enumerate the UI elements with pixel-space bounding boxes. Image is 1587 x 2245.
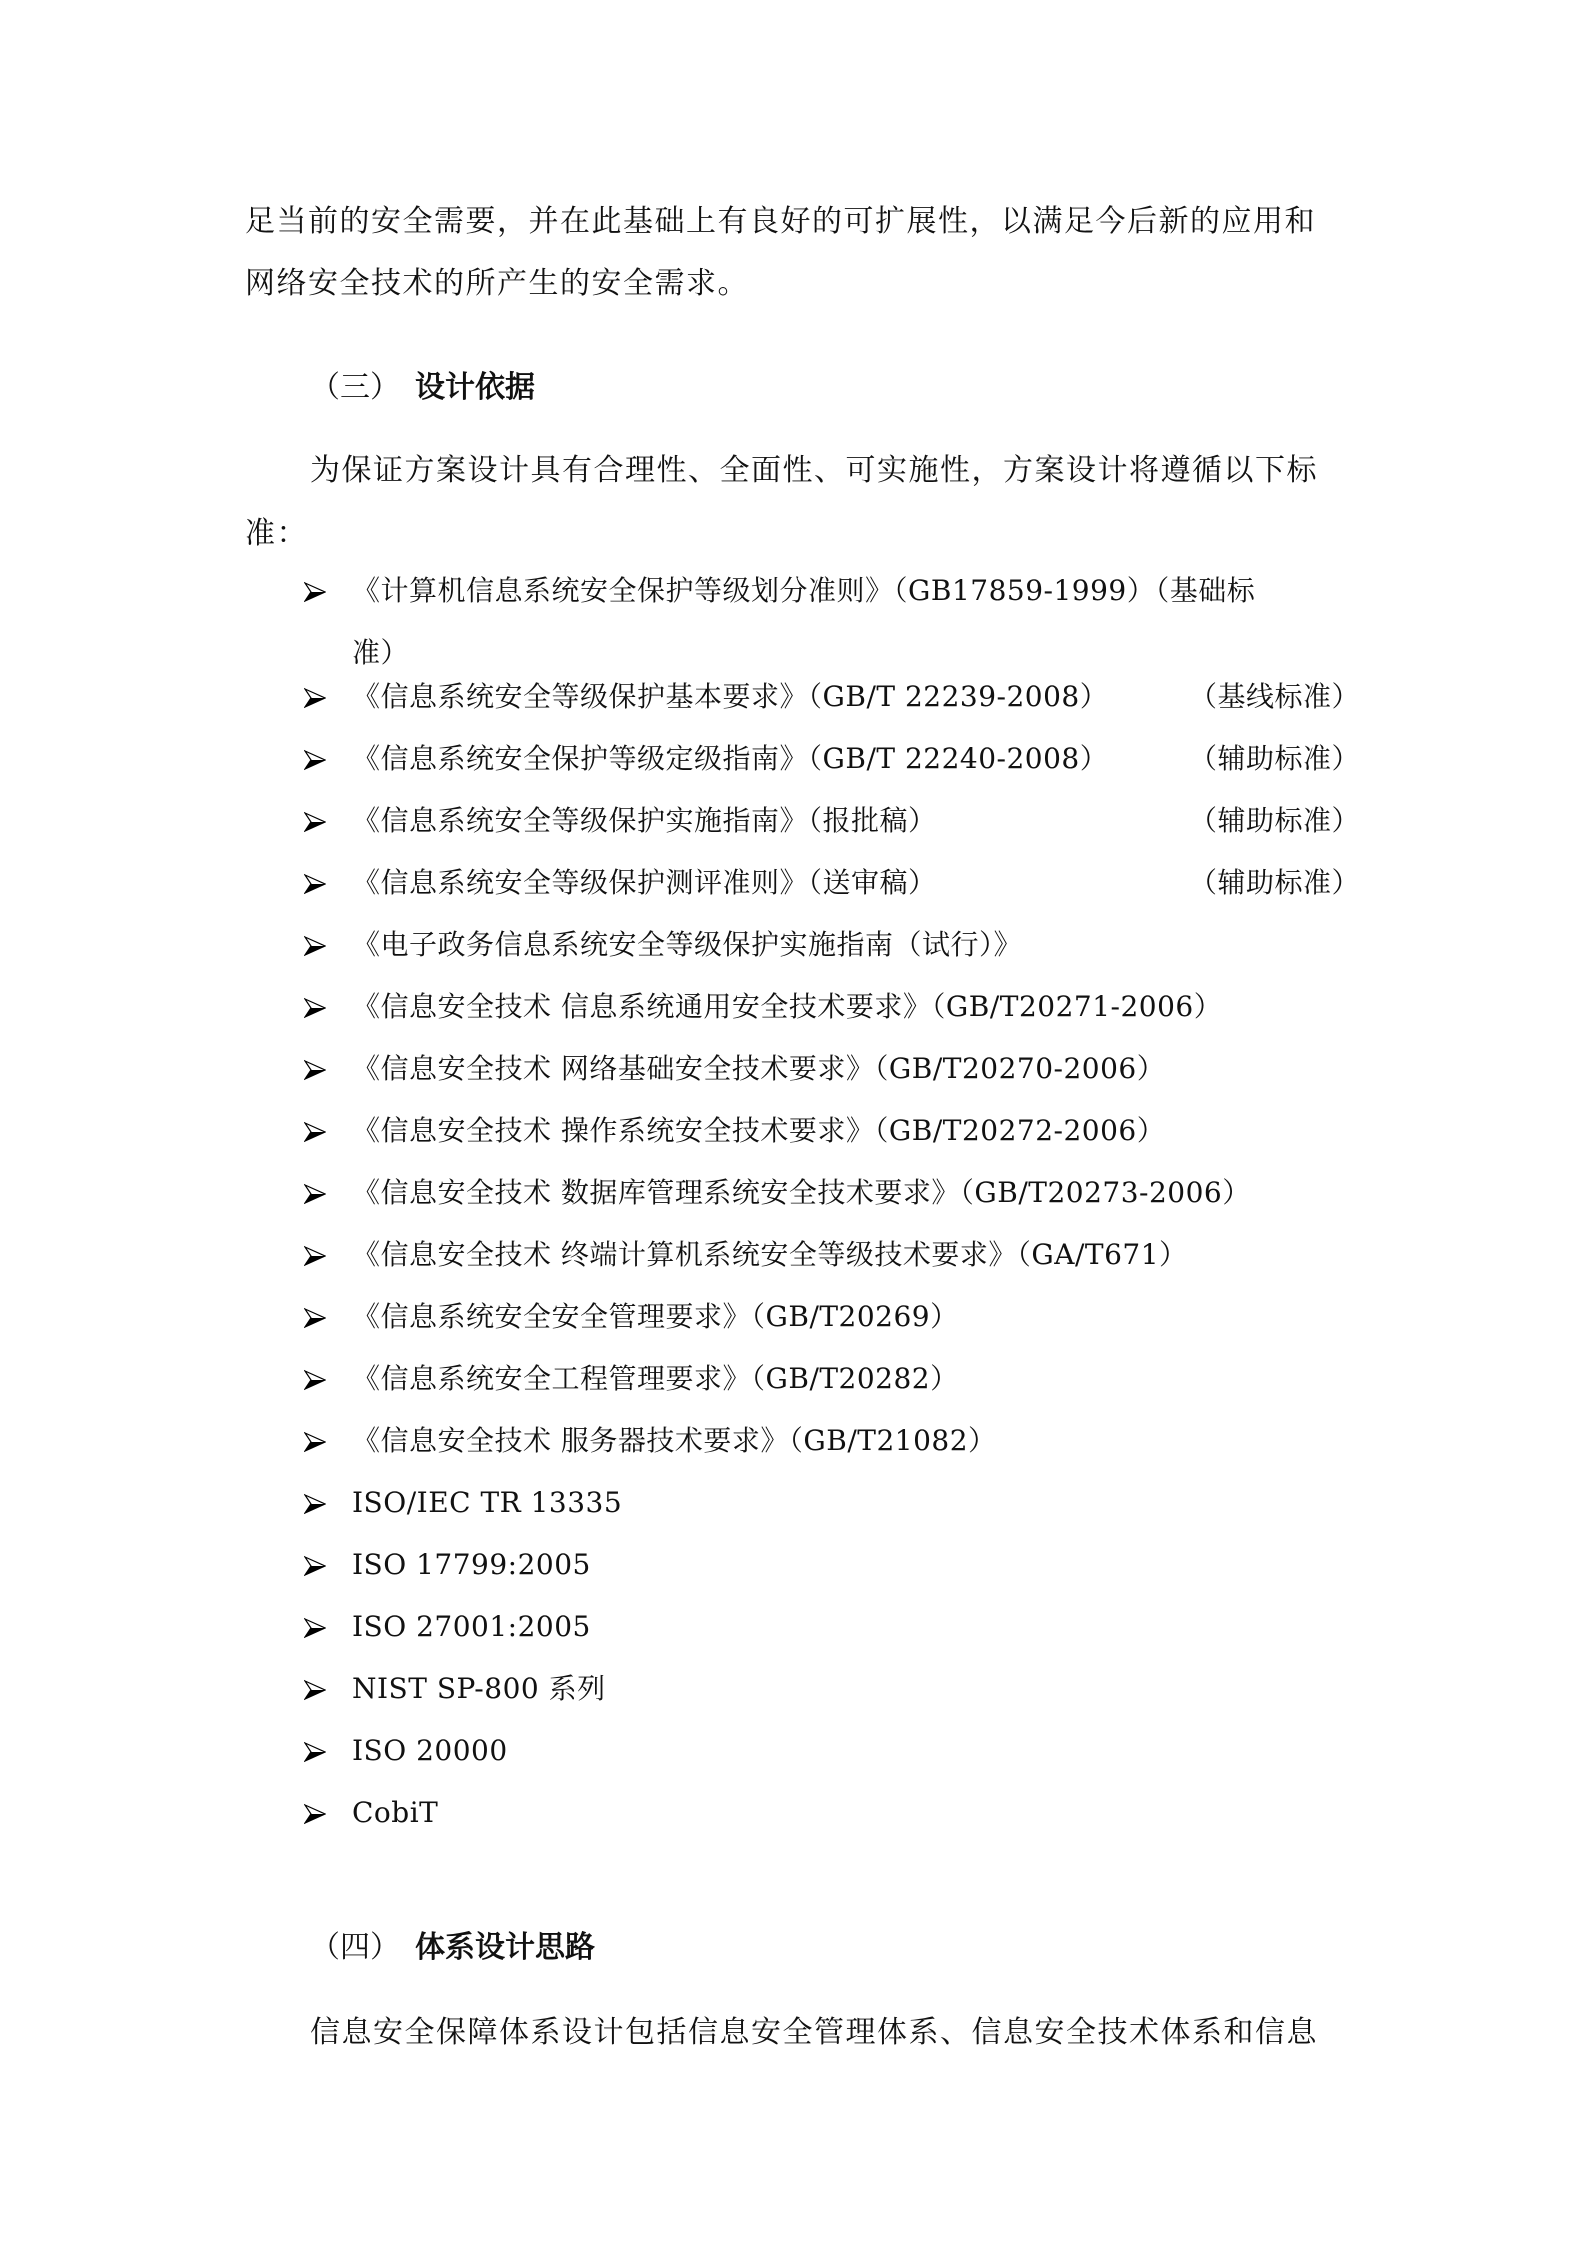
arrowhead-bullet-icon: [304, 873, 326, 895]
section-heading: （四）体系设计思路: [310, 1928, 595, 1968]
standard-title: 《信息系统安全工程管理要求》（GB/T20282）: [352, 1359, 959, 1399]
standard-category: （辅助标准）: [1189, 863, 1360, 903]
arrowhead-bullet-icon: [304, 1493, 326, 1515]
arrowhead-bullet-icon: [304, 1555, 326, 1577]
standard-category: （基线标准）: [1189, 677, 1360, 717]
standard-title: 《信息系统安全等级保护测评准则》（送审稿）: [352, 863, 937, 903]
standard-title: ISO 27001:2005: [352, 1607, 591, 1647]
standard-title: 《信息系统安全等级保护基本要求》（GB/T 22239-2008）: [352, 677, 1108, 717]
arrowhead-bullet-icon: [304, 1617, 326, 1639]
body-line: 信息安全保障体系设计包括信息安全管理体系、信息安全技术体系和信息: [310, 2013, 1318, 2053]
arrowhead-bullet-icon: [304, 1803, 326, 1825]
standard-title-continuation: 准）: [352, 633, 409, 673]
standard-title: ISO 17799:2005: [352, 1545, 591, 1585]
standard-title: 《信息安全技术 网络基础安全技术要求》（GB/T20270-2006）: [352, 1049, 1165, 1089]
standard-title: 《信息安全技术 终端计算机系统安全等级技术要求》（GA/T671）: [352, 1235, 1188, 1275]
standard-title: 《信息安全技术 操作系统安全技术要求》（GB/T20272-2006）: [352, 1111, 1165, 1151]
intro-line: 为保证方案设计具有合理性、全面性、可实施性，方案设计将遵循以下标: [310, 451, 1318, 491]
arrowhead-bullet-icon: [304, 1245, 326, 1267]
standard-title: 《信息系统安全保护等级定级指南》（GB/T 22240-2008）: [352, 739, 1108, 779]
arrowhead-bullet-icon: [304, 997, 326, 1019]
standard-title: ISO 20000: [352, 1731, 508, 1771]
standard-category: （辅助标准）: [1189, 801, 1360, 841]
intro-line: 准：: [245, 514, 308, 554]
arrowhead-bullet-icon: [304, 811, 326, 833]
arrowhead-bullet-icon: [304, 581, 326, 603]
arrowhead-bullet-icon: [304, 1307, 326, 1329]
arrowhead-bullet-icon: [304, 1059, 326, 1081]
standard-title: 《信息系统安全等级保护实施指南》（报批稿）: [352, 801, 937, 841]
section-title: 体系设计思路: [415, 1930, 595, 1965]
section-number: （三）: [310, 368, 415, 408]
standard-category: （辅助标准）: [1189, 739, 1360, 779]
arrowhead-bullet-icon: [304, 935, 326, 957]
arrowhead-bullet-icon: [304, 1369, 326, 1391]
standard-title: 《信息系统安全安全管理要求》（GB/T20269）: [352, 1297, 959, 1337]
arrowhead-bullet-icon: [304, 1431, 326, 1453]
paragraph-line: 足当前的安全需要，并在此基础上有良好的可扩展性，以满足今后新的应用和: [245, 202, 1316, 242]
arrowhead-bullet-icon: [304, 1183, 326, 1205]
arrowhead-bullet-icon: [304, 1121, 326, 1143]
section-heading: （三）设计依据: [310, 368, 535, 408]
arrowhead-bullet-icon: [304, 1741, 326, 1763]
document-page: 足当前的安全需要，并在此基础上有良好的可扩展性，以满足今后新的应用和 网络安全技…: [0, 0, 1587, 2245]
arrowhead-bullet-icon: [304, 687, 326, 709]
standard-title: NIST SP-800 系列: [352, 1669, 606, 1709]
standard-title: 《信息安全技术 服务器技术要求》（GB/T21082）: [352, 1421, 997, 1461]
standard-title: 《电子政务信息系统安全等级保护实施指南（试行）》: [352, 925, 1022, 965]
arrowhead-bullet-icon: [304, 749, 326, 771]
standard-title: CobiT: [352, 1793, 438, 1833]
standard-title: ISO/IEC TR 13335: [352, 1483, 622, 1523]
standard-title: 《信息安全技术 数据库管理系统安全技术要求》（GB/T20273-2006）: [352, 1173, 1251, 1213]
section-title: 设计依据: [415, 370, 535, 405]
standard-title: 《计算机信息系统安全保护等级划分准则》（GB17859-1999）（基础标: [352, 571, 1255, 611]
paragraph-line: 网络安全技术的所产生的安全需求。: [245, 264, 749, 304]
standard-title: 《信息安全技术 信息系统通用安全技术要求》（GB/T20271-2006）: [352, 987, 1222, 1027]
arrowhead-bullet-icon: [304, 1679, 326, 1701]
section-number: （四）: [310, 1928, 415, 1968]
